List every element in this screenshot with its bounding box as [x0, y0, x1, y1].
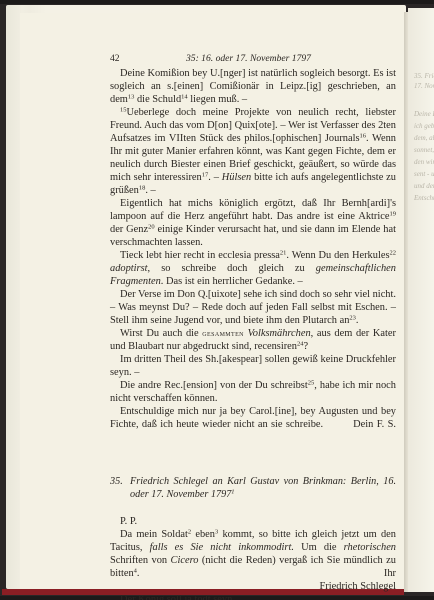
closing: Ihr: [384, 568, 396, 579]
paragraph-closing: Entschuldige mich nur ja bey Carol.[ine]…: [110, 405, 396, 431]
page-text: 42 35: 16. oder 17. November 1797 Deine …: [110, 52, 396, 600]
paragraph: Da mein Soldat2 eben3 kommt, so bitte ic…: [110, 528, 396, 580]
emphasis: rhetorischen: [344, 542, 396, 553]
paragraph: Deine Komißion bey U.[nger] ist natürlic…: [110, 67, 396, 106]
emphasis: adoptirst: [110, 263, 148, 274]
ghost-text: 35. Fried: [414, 72, 434, 80]
letter-number: 35.: [110, 475, 130, 501]
ghost-text: sent - und: [414, 170, 434, 178]
emphasis: Cicero: [171, 555, 199, 566]
paragraph: 15Ueberlege doch meine Projekte von neul…: [110, 106, 396, 197]
ghost-text: Deine B: [414, 110, 434, 118]
postscript: Der König soll ja todt seyn.: [110, 593, 396, 600]
letter-title: Friedrich Schlegel an Karl Gustav von Br…: [130, 476, 396, 500]
ghost-text: den wird: [414, 158, 434, 166]
ghost-text: Entschu: [414, 194, 434, 202]
running-head: 42 35: 16. oder 17. November 1797: [110, 52, 396, 65]
paragraph: Der Verse im Don Q.[uixote] sehe ich sin…: [110, 288, 396, 327]
footnote-ref[interactable]: 1: [231, 489, 234, 496]
letter-heading: 35. Friedrich Schlegel an Karl Gustav vo…: [110, 475, 396, 501]
paragraph: Die andre Rec.[ension] von der Du schrei…: [110, 379, 396, 405]
right-page-edge: 35. Fried 17. Nov Deine B ich geben dem,…: [408, 8, 434, 592]
ghost-text: dem, aber: [414, 134, 434, 142]
footnote-ref[interactable]: 22: [390, 250, 397, 257]
emphasis: Hülsen: [222, 172, 251, 183]
ghost-text: ich geben: [414, 122, 434, 130]
small-caps: gesammten: [202, 328, 244, 338]
ghost-text: und der Ku: [414, 182, 434, 190]
ghost-text: sonnet, die: [414, 146, 434, 154]
emphasis: Volksmährchen: [248, 328, 311, 339]
paragraph: Wirst Du auch die gesammten Volksmährche…: [110, 327, 396, 353]
footnote-ref[interactable]: 19: [390, 211, 397, 218]
paragraph: Eigentlich hat michs königlich ergötzt, …: [110, 197, 396, 249]
running-head-title: 35: 16. oder 17. November 1797: [186, 52, 311, 65]
paragraph: Tieck lebt hier recht in ecclesia pressa…: [110, 249, 396, 288]
signature: Dein F. S.: [353, 419, 396, 430]
salutation: P. P.: [110, 515, 396, 528]
page-number: 42: [110, 52, 186, 65]
emphasis: falls es Sie nicht inkommodirt.: [150, 542, 294, 553]
signature: Friedrich Schlegel: [110, 580, 396, 593]
ghost-text: 17. Nov: [414, 82, 434, 90]
paragraph: Im dritten Theil des Sh.[akespear] solle…: [110, 353, 396, 379]
